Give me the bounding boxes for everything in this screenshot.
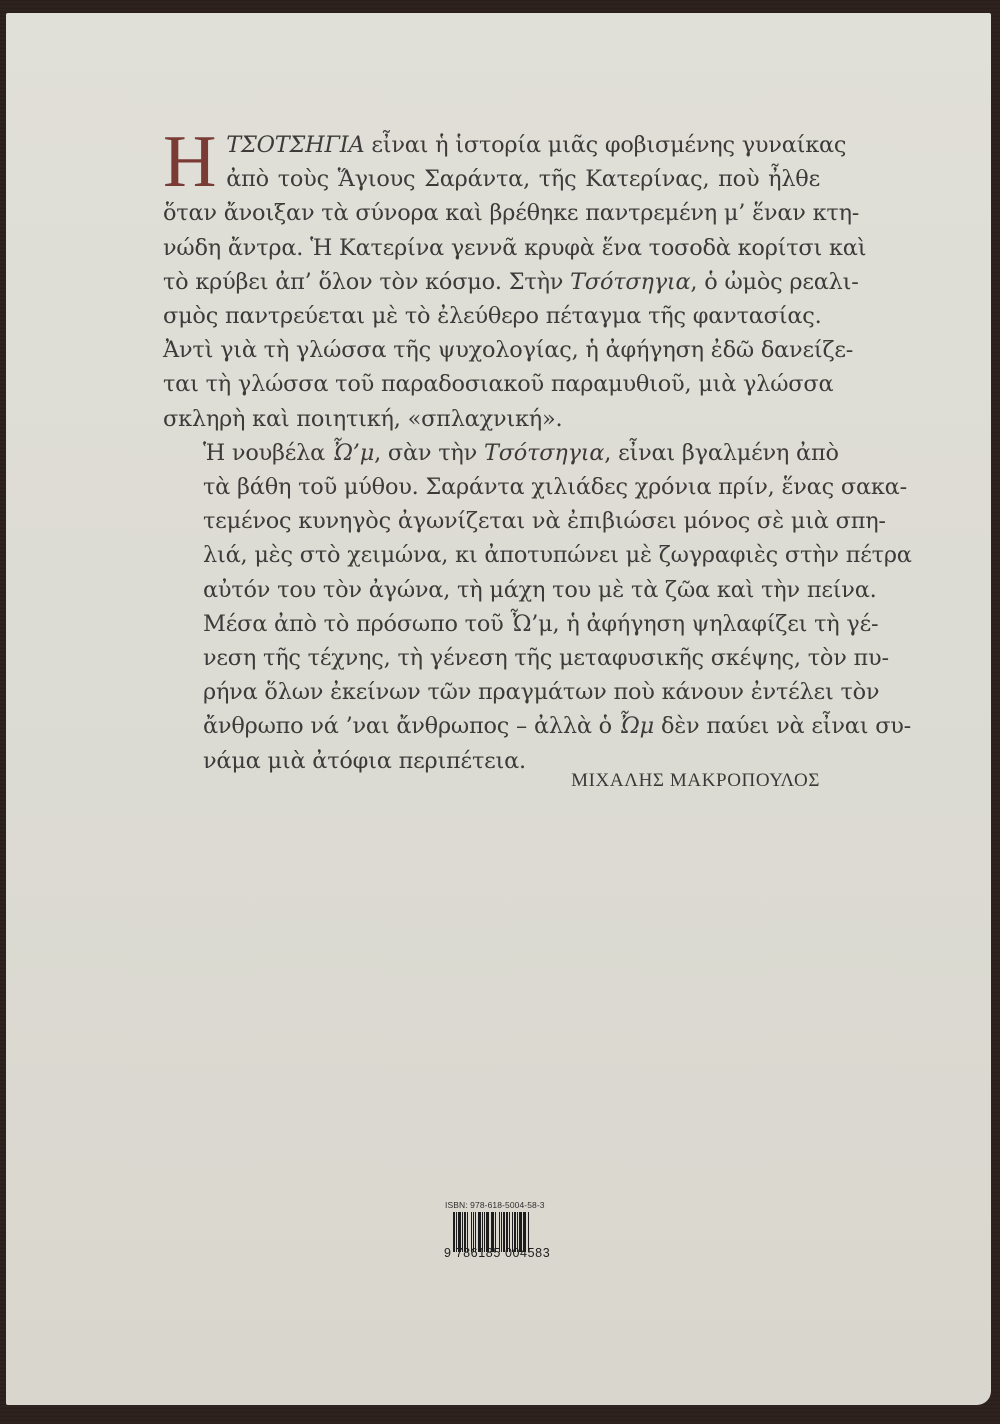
body-text: νεση τῆς τέχνης, τὴ γένεση τῆς μεταφυσικ… bbox=[203, 645, 889, 671]
body-text: εἶναι ἡ ἱστορία μιᾶς φοβισμένης γυναίκας bbox=[364, 132, 846, 158]
text-line: Ἀντὶ γιὰ τὴ γλώσσα τῆς ψυχολογίας, ἡ ἀφή… bbox=[163, 333, 820, 367]
body-text: τὸ κρύβει ἀπ’ ὅλον τὸν κόσμο. Στὴν bbox=[163, 269, 570, 295]
body-text: δὲν παύει νὰ εἶναι συ- bbox=[654, 713, 911, 739]
paragraph-1: Η ΤΣΟΤΣΗΓΙΑ εἶναι ἡ ἱστορία μιᾶς φοβισμέ… bbox=[163, 128, 820, 436]
body-text: ὅταν ἄνοιξαν τὰ σύνορα καὶ βρέθηκε παντρ… bbox=[163, 200, 859, 226]
text-line: νεση τῆς τέχνης, τὴ γένεση τῆς μεταφυσικ… bbox=[163, 641, 820, 675]
text-line: ται τὴ γλώσσα τοῦ παραδοσιακοῦ παραμυθιο… bbox=[163, 367, 820, 401]
author-signature: ΜΙΧΑΛΗΣ ΜΑΚΡΟΠΟΥΛΟΣ bbox=[520, 770, 820, 792]
body-text: ἀπὸ τοὺς Ἅγιους Σαράντα, τῆς Κατερίνας, … bbox=[226, 166, 820, 192]
text-line: σκληρὴ καὶ ποιητική, «σπλαχνική». bbox=[163, 402, 820, 436]
body-text: , ὁ ὠμὸς ρεαλι- bbox=[690, 269, 858, 295]
body-text: , εἶναι βγαλμένη ἀπὸ bbox=[604, 440, 839, 466]
text-line: ρήνα ὅλων ἐκείνων τῶν πραγμάτων ποὺ κάνο… bbox=[163, 675, 820, 709]
barcode-digits: 9786185 004583 bbox=[444, 1246, 562, 1260]
italic-title-text: ΤΣΟΤΣΗΓΙΑ bbox=[226, 132, 364, 158]
body-text: , σὰν τὴν bbox=[374, 440, 484, 466]
barcode-digit-groups: 786185 004583 bbox=[456, 1246, 551, 1260]
body-text: λιά, μὲς στὸ χειμώνα, κι ἀποτυπώνει μὲ ζ… bbox=[203, 542, 912, 568]
text-line: ὅταν ἄνοιξαν τὰ σύνορα καὶ βρέθηκε παντρ… bbox=[163, 196, 820, 230]
text-line: Μέσα ἀπὸ τὸ πρόσωπο τοῦ Ὦ’μ, ἡ ἀφήγηση ψ… bbox=[163, 607, 820, 641]
body-text: σμὸς παντρεύεται μὲ τὸ ἐλεύθερο πέταγμα … bbox=[163, 303, 822, 329]
body-text: ρήνα ὅλων ἐκείνων τῶν πραγμάτων ποὺ κάνο… bbox=[203, 679, 879, 705]
text-line: ΤΣΟΤΣΗΓΙΑ εἶναι ἡ ἱστορία μιᾶς φοβισμένη… bbox=[163, 128, 820, 162]
body-text: ται τὴ γλώσσα τοῦ παραδοσιακοῦ παραμυθιο… bbox=[163, 371, 833, 397]
body-text: Μέσα ἀπὸ τὸ πρόσωπο τοῦ Ὦ’μ, ἡ ἀφήγηση ψ… bbox=[203, 611, 878, 637]
italic-title-text: Τσότσηγια bbox=[570, 269, 690, 295]
text-line: τὰ βάθη τοῦ μύθου. Σαράντα χιλιάδες χρόν… bbox=[163, 470, 820, 504]
text-line: νώδη ἄντρα. Ἡ Κατερίνα γεννᾶ κρυφὰ ἕνα τ… bbox=[163, 231, 820, 265]
body-text: τεμένος κυνηγὸς ἀγωνίζεται νὰ ἐπιβιώσει … bbox=[203, 508, 886, 534]
text-line: σμὸς παντρεύεται μὲ τὸ ἐλεύθερο πέταγμα … bbox=[163, 299, 820, 333]
drop-cap: Η bbox=[163, 133, 216, 195]
paragraph-2: Ἡ νουβέλα Ὦ’μ, σὰν τὴν Τσότσηγια, εἶναι … bbox=[163, 436, 820, 778]
text-line: τὸ κρύβει ἀπ’ ὅλον τὸν κόσμο. Στὴν Τσότσ… bbox=[163, 265, 820, 299]
italic-title-text: Ὦμ bbox=[619, 713, 654, 739]
text-line: αὐτόν του τὸν ἀγώνα, τὴ μάχη του μὲ τὰ ζ… bbox=[163, 573, 820, 607]
italic-title-text: Ὦ’μ bbox=[332, 440, 374, 466]
body-text: σκληρὴ καὶ ποιητική, «σπλαχνική». bbox=[163, 406, 562, 432]
body-text: Ἡ νουβέλα bbox=[203, 440, 332, 466]
body-text: αὐτόν του τὸν ἀγώνα, τὴ μάχη του μὲ τὰ ζ… bbox=[203, 577, 877, 603]
text-line: ἄνθρωπο νά ’ναι ἄνθρωπος – ἀλλὰ ὁ Ὦμ δὲν… bbox=[163, 709, 820, 743]
body-text: ἄνθρωπο νά ’ναι ἄνθρωπος – ἀλλὰ ὁ bbox=[203, 713, 619, 739]
text-line: Ἡ νουβέλα Ὦ’μ, σὰν τὴν Τσότσηγια, εἶναι … bbox=[163, 436, 820, 470]
body-text: νώδη ἄντρα. Ἡ Κατερίνα γεννᾶ κρυφὰ ἕνα τ… bbox=[163, 235, 866, 261]
blurb-text: Η ΤΣΟΤΣΗΓΙΑ εἶναι ἡ ἱστορία μιᾶς φοβισμέ… bbox=[163, 128, 820, 778]
text-line: ἀπὸ τοὺς Ἅγιους Σαράντα, τῆς Κατερίνας, … bbox=[163, 162, 820, 196]
italic-title-text: Τσότσηγια bbox=[484, 440, 604, 466]
body-text: τὰ βάθη τοῦ μύθου. Σαράντα χιλιάδες χρόν… bbox=[203, 474, 907, 500]
isbn-barcode: ISBN: 978-618-5004-58-3 9786185 004583 bbox=[444, 1200, 562, 1264]
body-text: Ἀντὶ γιὰ τὴ γλώσσα τῆς ψυχολογίας, ἡ ἀφή… bbox=[163, 337, 853, 363]
text-line: λιά, μὲς στὸ χειμώνα, κι ἀποτυπώνει μὲ ζ… bbox=[163, 538, 820, 572]
text-line: τεμένος κυνηγὸς ἀγωνίζεται νὰ ἐπιβιώσει … bbox=[163, 504, 820, 538]
isbn-label: ISBN: 978-618-5004-58-3 bbox=[445, 1200, 562, 1210]
barcode-digit-prefix: 9 bbox=[444, 1246, 452, 1260]
body-text: νάμα μιὰ ἀτόφια περιπέτεια. bbox=[203, 748, 526, 774]
